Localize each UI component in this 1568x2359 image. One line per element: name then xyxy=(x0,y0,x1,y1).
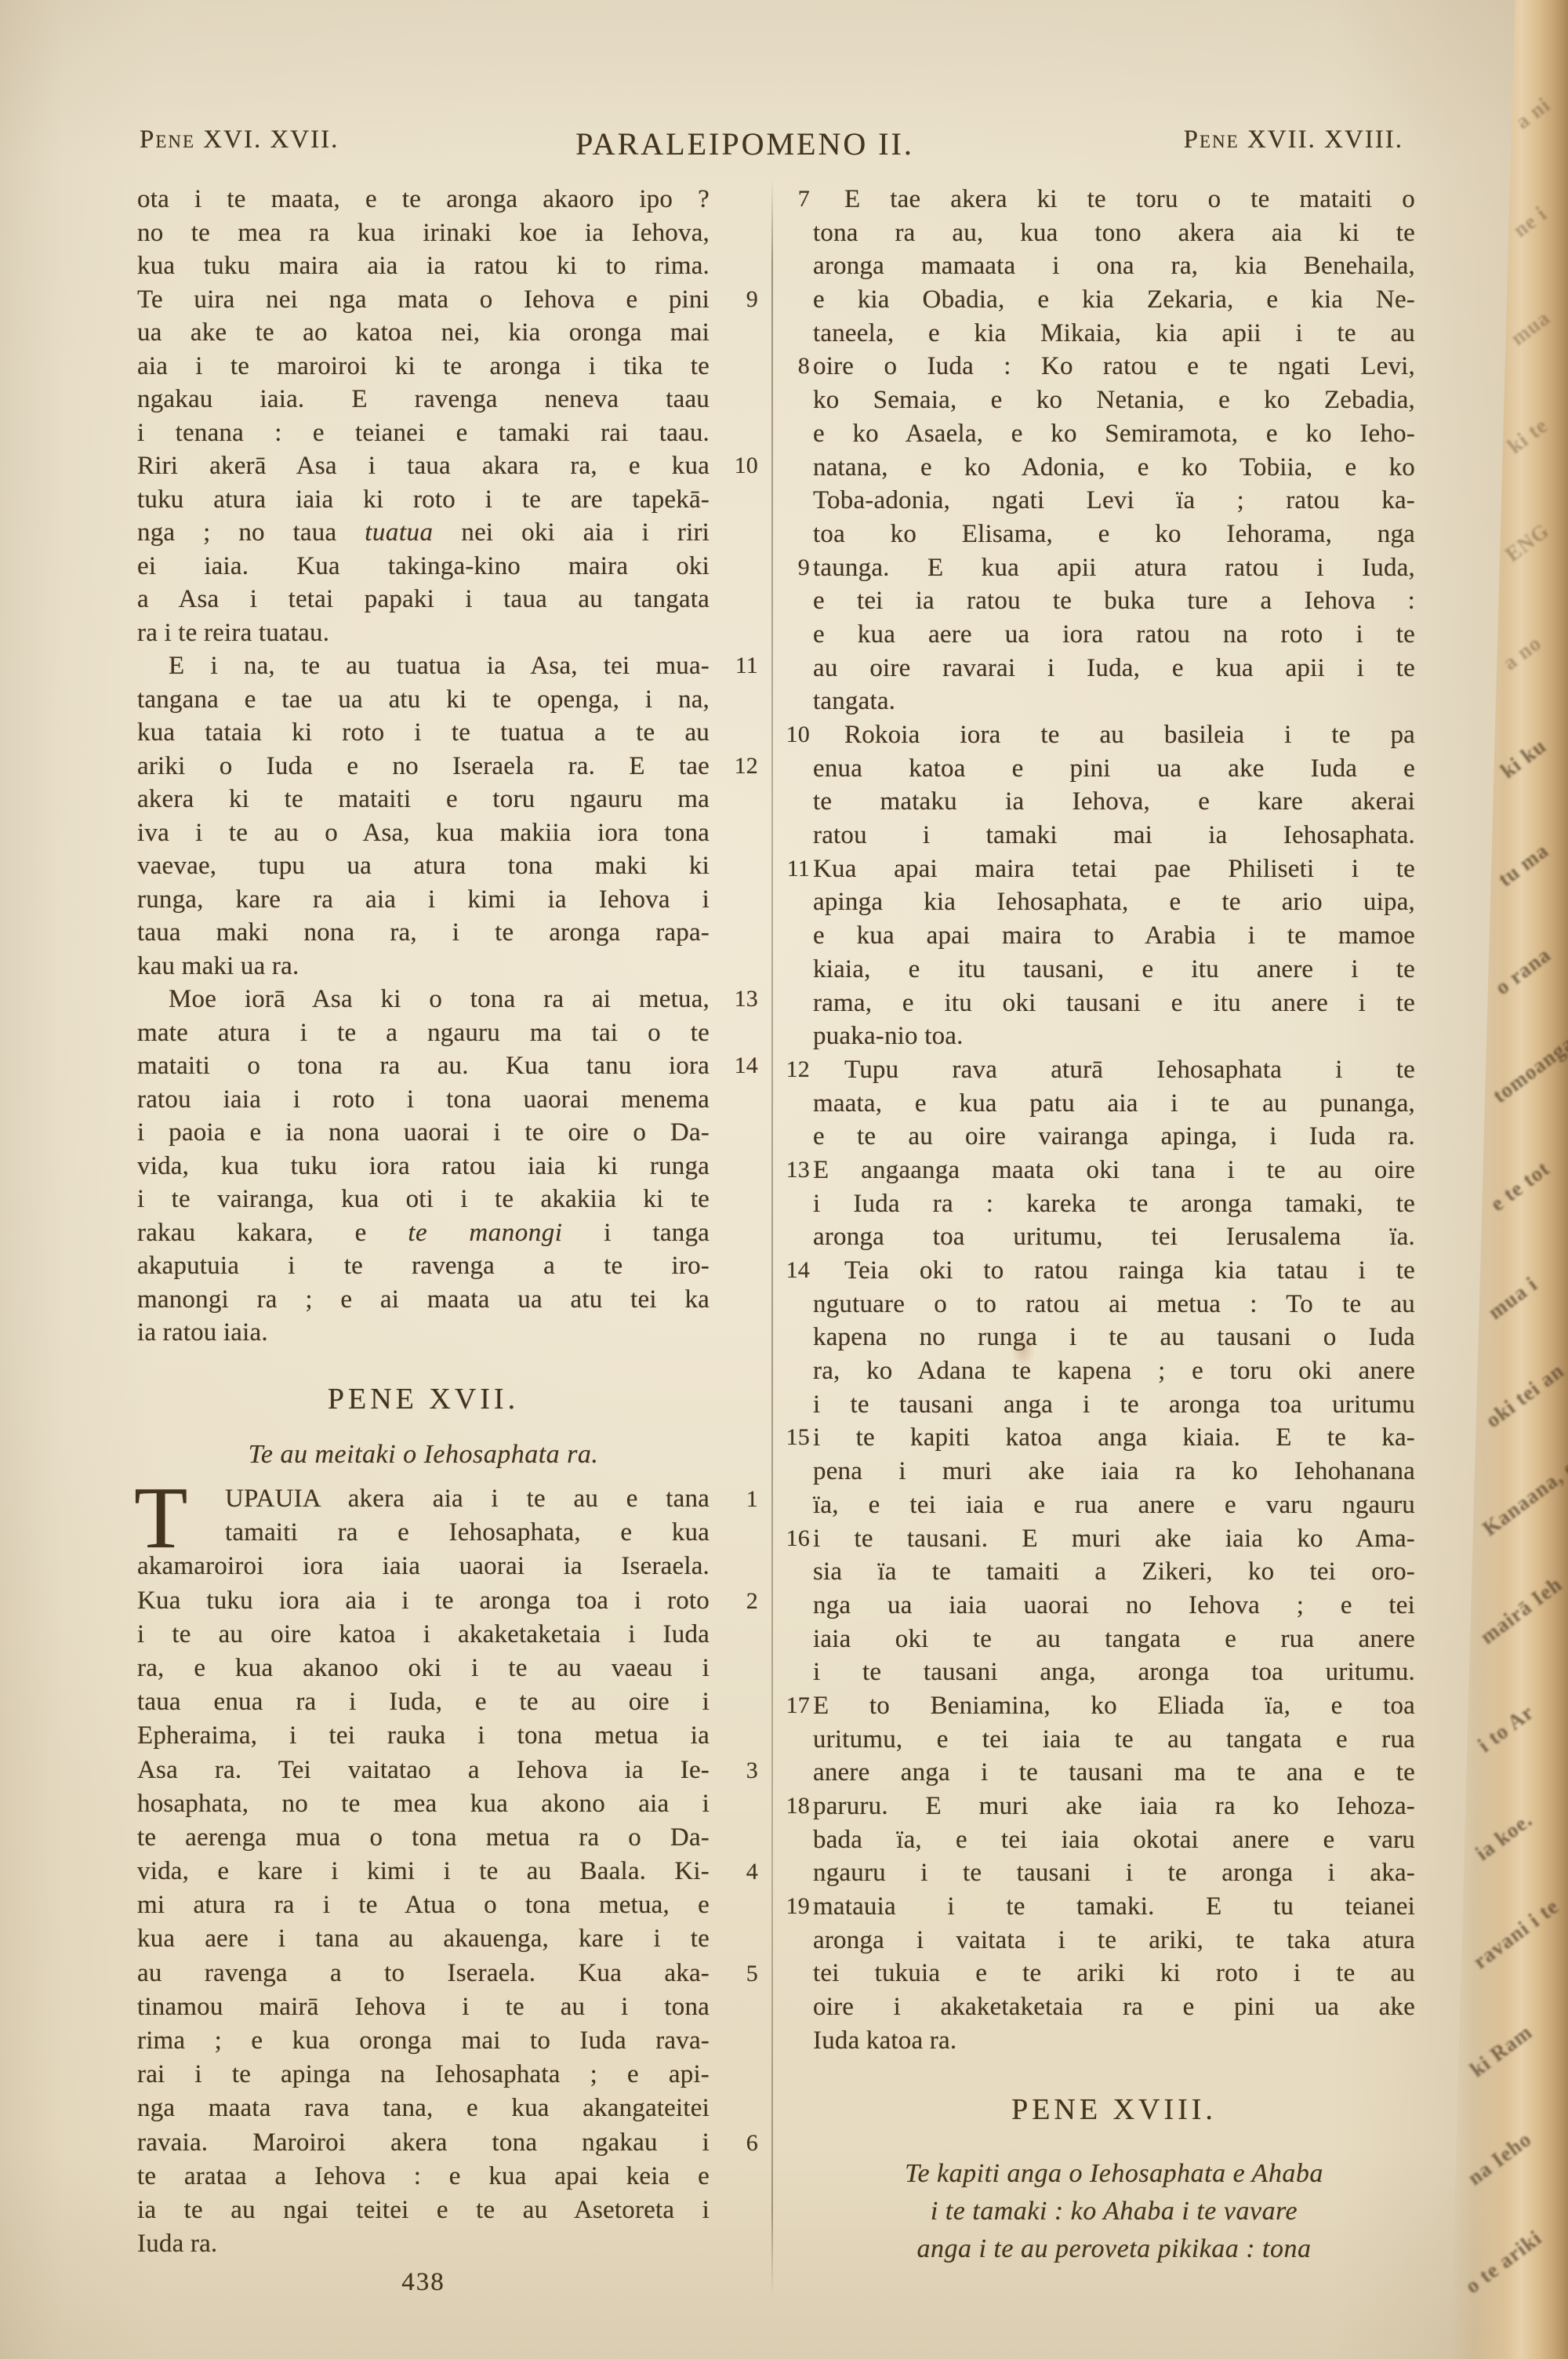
text-line-content: aronga mamaata i ona ra, kia Benehaila, xyxy=(813,249,1415,283)
verse-number: 4 xyxy=(713,1855,758,1888)
text-line-content: e tei ia ratou te buka ture a Iehova : xyxy=(813,584,1415,618)
text-line: iva i te au o Asa, kua makiia iora tona xyxy=(137,816,710,850)
text-line-content: oire o Iuda : Ko ratou e te ngati Levi, xyxy=(813,350,1415,383)
text-line-content: ngakau iaia. E ravenga neneva taau xyxy=(137,383,710,416)
text-line: kua aere i tana au akauenga, kare i te xyxy=(137,1922,710,1956)
text-line-content: tangana e tae ua atu ki te openga, i na, xyxy=(137,683,710,717)
chapter-18-heading: PENE XVIII. xyxy=(813,2092,1415,2127)
text-line: ratou i tamaki mai ia Iehosaphata. xyxy=(813,819,1415,852)
text-line: iaia oki te au tangata e rua anere xyxy=(813,1623,1415,1656)
text-line: e kua aere ua iora ratou na roto i te xyxy=(813,618,1415,652)
left-column-chapter17-text: UPAUIA akera aia i te au e tana1tamaiti … xyxy=(137,1482,710,2261)
text-line-content: e ko Asaela, e ko Semiramota, e ko Ieho- xyxy=(813,417,1415,451)
text-line-content: no te mea ra kua irinaki koe ia Iehova, xyxy=(137,216,710,250)
text-line-content: rama, e itu oki tausani e itu anere i te xyxy=(813,987,1415,1020)
text-line-content: UPAUIA akera aia i te au e tana xyxy=(137,1482,710,1516)
text-line: ra, e kua akanoo oki i te au vaeau i xyxy=(137,1652,710,1685)
verse-number: 13 xyxy=(713,983,758,1016)
book-scan-photo: { "page": { "header_left": "Pene XVI. XV… xyxy=(0,0,1568,2359)
text-line: akamaroiroi iora iaia uaorai ia Iseraela… xyxy=(137,1550,710,1583)
text-line: pena i muri ake iaia ra ko Iehohanana xyxy=(813,1455,1415,1488)
text-line: ra, ko Adana te kapena ; e toru oki aner… xyxy=(813,1354,1415,1388)
text-line: maata, e kua patu aia i te au punanga, xyxy=(813,1087,1415,1121)
verse-number: 13 xyxy=(775,1154,810,1187)
verse-number: 5 xyxy=(713,1957,758,1990)
text-line-content: Kua apai maira tetai pae Philiseti i te xyxy=(813,852,1415,886)
text-line: vida, e kare i kimi i te au Baala. Ki-4 xyxy=(137,1855,710,1888)
text-line: taunga. E kua apii atura ratou i Iuda,9 xyxy=(813,551,1415,585)
text-line: matauia i te tamaki. E tu teianei19 xyxy=(813,1890,1415,1924)
text-line: e te au oire vairanga apinga, i Iuda ra. xyxy=(813,1120,1415,1154)
text-line: au oire ravarai i Iuda, e kua apii i te xyxy=(813,652,1415,685)
verse-number: 9 xyxy=(775,551,810,585)
text-line: Riri akerā Asa i taua akara ra, e kua10 xyxy=(137,449,710,483)
text-line-content: akamaroiroi iora iaia uaorai ia Iseraela… xyxy=(137,1550,710,1583)
text-line-content: tinamou mairā Iehova i te au i tona xyxy=(137,1990,710,2024)
text-line: Epheraima, i tei rauka i tona metua ia xyxy=(137,1719,710,1753)
verse-number: 3 xyxy=(713,1754,758,1787)
text-line: nga maata rava tana, e kua akangateitei xyxy=(137,2092,710,2125)
text-line-content: E tae akera ki te toru o te mataiti o xyxy=(813,183,1415,216)
text-line: tangata. xyxy=(813,685,1415,718)
text-line-content: oire i akaketaketaia ra e pini ua ake xyxy=(813,1990,1415,2024)
text-line: mate atura i te a ngauru ma tai o te xyxy=(137,1016,710,1050)
text-line: Teia oki to ratou rainga kia tatau i te1… xyxy=(813,1254,1415,1288)
text-line-content: ratou iaia i roto i tona uaorai menema xyxy=(137,1083,710,1117)
text-line-content: taunga. E kua apii atura ratou i Iuda, xyxy=(813,551,1415,585)
text-line: tamaiti ra e Iehosaphata, e kua xyxy=(137,1516,710,1550)
text-line-content: e kia Obadia, e kia Zekaria, e kia Ne- xyxy=(813,283,1415,317)
text-line-content: i te vairanga, kua oti i te akakiia ki t… xyxy=(137,1183,710,1216)
drop-cap-letter: T xyxy=(134,1484,187,1553)
text-line: Moe iorā Asa ki o tona ra ai metua,13 xyxy=(137,983,710,1016)
text-line-content: au oire ravarai i Iuda, e kua apii i te xyxy=(813,652,1415,685)
verse-number: 19 xyxy=(775,1890,810,1924)
text-line-content: ravaia. Maroiroi akera tona ngakau i xyxy=(137,2126,710,2160)
text-line-content: akera ki te mataiti e toru ngauru ma xyxy=(137,783,710,816)
text-line: rakau kakara, e te manongi i tanga xyxy=(137,1216,710,1250)
text-line-content: Moe iorā Asa ki o tona ra ai metua, xyxy=(137,983,710,1016)
text-line-content: vaevae, tupu ua atura tona maki ki xyxy=(137,849,710,883)
text-line-content: enua katoa e pini ua ake Iuda e xyxy=(813,752,1415,786)
text-line-content: matauia i te tamaki. E tu teianei xyxy=(813,1890,1415,1924)
chapter-18-subtitle: Te kapiti anga o Iehosaphata e Ahabai te… xyxy=(813,2155,1415,2268)
text-line: Te uira nei nga mata o Iehova e pini9 xyxy=(137,283,710,317)
text-line: e kia Obadia, e kia Zekaria, e kia Ne- xyxy=(813,283,1415,317)
text-line: tangana e tae ua atu ki te openga, i na, xyxy=(137,683,710,717)
text-line-content: a Asa i tetai papaki i taua au tangata xyxy=(137,583,710,616)
verse-number: 7 xyxy=(775,183,810,216)
text-line: ota i te maata, e te aronga akaoro ipo ? xyxy=(137,183,710,216)
text-line-content: Tupu rava aturā Iehosaphata i te xyxy=(813,1053,1415,1087)
text-line-content: mataiti o tona ra au. Kua tanu iora xyxy=(137,1049,710,1083)
text-line-content: manongi ra ; e ai maata ua atu tei ka xyxy=(137,1283,710,1317)
verse-number: 12 xyxy=(775,1053,810,1087)
text-line-content: iaia oki te au tangata e rua anere xyxy=(813,1623,1415,1656)
text-line-content: nga ; no taua tuatua nei oki aia i riri xyxy=(137,516,710,550)
text-line-content: ariki o Iuda e no Iseraela ra. E tae xyxy=(137,750,710,783)
text-line: ua ake te ao katoa nei, kia oronga mai xyxy=(137,316,710,350)
text-line-content: ia ratou iaia. xyxy=(137,1316,710,1350)
text-line-content: vida, e kare i kimi i te au Baala. Ki- xyxy=(137,1855,710,1888)
text-line: hosaphata, no te mea kua akono aia i xyxy=(137,1787,710,1821)
text-line-content: bada ïa, e tei iaia okotai anere e varu xyxy=(813,1823,1415,1857)
text-line: aronga i vaitata i te ariki, te taka atu… xyxy=(813,1924,1415,1957)
text-line-content: uritumu, e tei iaia te au tangata e rua xyxy=(813,1723,1415,1757)
text-line: i paoia e ia nona uaorai i te oire o Da- xyxy=(137,1116,710,1150)
verse-number: 14 xyxy=(713,1049,758,1083)
text-line: oire o Iuda : Ko ratou e te ngati Levi,8 xyxy=(813,350,1415,383)
chapter-17-subtitle: Te au meitaki o Iehosaphata ra. xyxy=(137,1440,710,1470)
text-line: paruru. E muri ake iaia ra ko Iehoza-18 xyxy=(813,1790,1415,1823)
text-line: au ravenga a to Iseraela. Kua aka-5 xyxy=(137,1957,710,1990)
text-line: taua enua ra i Iuda, e te au oire i xyxy=(137,1685,710,1719)
text-line: ravaia. Maroiroi akera tona ngakau i6 xyxy=(137,2126,710,2160)
verse-number: 11 xyxy=(713,649,758,683)
right-column-text: E tae akera ki te toru o te mataiti o7to… xyxy=(813,183,1415,2058)
text-line: kua tataia ki roto i te tuatua a te au xyxy=(137,716,710,750)
verse-number: 15 xyxy=(775,1421,810,1455)
text-line-content: pena i muri ake iaia ra ko Iehohanana xyxy=(813,1455,1415,1488)
text-line-content: nga maata rava tana, e kua akangateitei xyxy=(137,2092,710,2125)
text-line-content: Kua tuku iora aia i te aronga toa i roto xyxy=(137,1584,710,1618)
text-line: Iuda katoa ra. xyxy=(813,2024,1415,2058)
text-line: enua katoa e pini ua ake Iuda e xyxy=(813,752,1415,786)
text-line-content: ko Semaia, e ko Netania, e ko Zebadia, xyxy=(813,383,1415,417)
text-line-content: te mataku ia Iehova, e kare akerai xyxy=(813,785,1415,819)
text-line-content: i te tausani anga, aronga toa uritumu. xyxy=(813,1656,1415,1689)
text-line: E i na, te au tuatua ia Asa, tei mua-11 xyxy=(137,649,710,683)
text-line: taneela, e kia Mikaia, kia apii i te au xyxy=(813,317,1415,351)
text-line: mataiti o tona ra au. Kua tanu iora14 xyxy=(137,1049,710,1083)
text-line: ei iaia. Kua takinga-kino maira oki xyxy=(137,550,710,583)
text-line: Toba-adonia, ngati Levi ïa ; ratou ka- xyxy=(813,484,1415,518)
column-divider-rule xyxy=(771,179,773,2296)
text-line: bada ïa, e tei iaia okotai anere e varu xyxy=(813,1823,1415,1857)
text-line-content: i te kapiti katoa anga kiaia. E te ka- xyxy=(813,1421,1415,1455)
verse-number: 18 xyxy=(775,1790,810,1823)
text-line-content: tei tukuia e te ariki ki roto i te au xyxy=(813,1957,1415,1990)
text-line-content: akaputuia i te ravenga a te iro- xyxy=(137,1249,710,1283)
text-line-content: anere anga i te tausani ma te ana e te xyxy=(813,1756,1415,1790)
chapter-18-subtitle-line: Te kapiti anga o Iehosaphata e Ahaba xyxy=(813,2155,1415,2193)
text-line: vida, kua tuku iora ratou iaia ki runga xyxy=(137,1150,710,1183)
text-line-content: ngutuare o to ratou ai metua : To te au xyxy=(813,1288,1415,1321)
text-line: Kua apai maira tetai pae Philiseti i te1… xyxy=(813,852,1415,886)
running-head-right: Pene XVII. XVIII. xyxy=(1043,125,1403,166)
text-line: ia ratou iaia. xyxy=(137,1316,710,1350)
text-line: i te tausani anga i te aronga toa uritum… xyxy=(813,1388,1415,1422)
text-line-content: e kua apai maira to Arabia i te mamoe xyxy=(813,919,1415,953)
text-line-content: kiaia, e itu tausani, e itu anere i te xyxy=(813,953,1415,987)
text-line-content: te aerenga mua o tona metua ra o Da- xyxy=(137,1821,710,1855)
text-line: E to Beniamina, ko Eliada ïa, e toa17 xyxy=(813,1689,1415,1723)
text-line-content: e te au oire vairanga apinga, i Iuda ra. xyxy=(813,1120,1415,1154)
text-line-content: Riri akerā Asa i taua akara ra, e kua xyxy=(137,449,710,483)
text-line-content: Asa ra. Tei vaitatao a Iehova ia Ie- xyxy=(137,1754,710,1787)
text-line: vaevae, tupu ua atura tona maki ki xyxy=(137,849,710,883)
text-line-content: tuku atura iaia ki roto i te are tapekā- xyxy=(137,483,710,517)
text-line: anere anga i te tausani ma te ana e te xyxy=(813,1756,1415,1790)
text-line: kua tuku maira aia ia ratou ki to rima. xyxy=(137,249,710,283)
text-line-content: ia te au ngai teitei e te au Asetoreta i xyxy=(137,2194,710,2227)
text-line-content: Iuda ra. xyxy=(137,2227,710,2261)
text-line-content: tangata. xyxy=(813,685,1415,718)
text-line-content: mi atura ra i te Atua o tona metua, e xyxy=(137,1888,710,1922)
text-line: nga ua iaia uaorai no Iehova ; e tei xyxy=(813,1589,1415,1623)
text-line: ariki o Iuda e no Iseraela ra. E tae12 xyxy=(137,750,710,783)
text-line: e tei ia ratou te buka ture a Iehova : xyxy=(813,584,1415,618)
text-line: kau maki ua ra. xyxy=(137,950,710,983)
text-line: E tae akera ki te toru o te mataiti o7 xyxy=(813,183,1415,216)
text-line-content: rima ; e kua oronga mai to Iuda rava- xyxy=(137,2024,710,2058)
text-line: mi atura ra i te Atua o tona metua, e xyxy=(137,1888,710,1922)
text-line-content: kau maki ua ra. xyxy=(137,950,710,983)
text-line: kapena no runga i te au tausani o Iuda xyxy=(813,1321,1415,1354)
text-line: i te kapiti katoa anga kiaia. E te ka-15 xyxy=(813,1421,1415,1455)
text-line: i te au oire katoa i akaketaketaia i Iud… xyxy=(137,1618,710,1652)
text-line: aronga toa uritumu, tei Ierusalema ïa. xyxy=(813,1220,1415,1254)
text-line-content: ra, e kua akanoo oki i te au vaeau i xyxy=(137,1652,710,1685)
text-line: Tupu rava aturā Iehosaphata i te12 xyxy=(813,1053,1415,1087)
text-line-content: paruru. E muri ake iaia ra ko Iehoza- xyxy=(813,1790,1415,1823)
text-line-content: i te au oire katoa i akaketaketaia i Iud… xyxy=(137,1618,710,1652)
text-line: i te tausani anga, aronga toa uritumu. xyxy=(813,1656,1415,1689)
text-line: i tenana : e teianei e tamaki rai taau. xyxy=(137,416,710,450)
text-line-content: kua tataia ki roto i te tuatua a te au xyxy=(137,716,710,750)
text-line: UPAUIA akera aia i te au e tana1 xyxy=(137,1482,710,1516)
text-line-content: aronga i vaitata i te ariki, te taka atu… xyxy=(813,1924,1415,1957)
text-line: rama, e itu oki tausani e itu anere i te xyxy=(813,987,1415,1020)
text-line: te aerenga mua o tona metua ra o Da- xyxy=(137,1821,710,1855)
text-line-content: ua ake te ao katoa nei, kia oronga mai xyxy=(137,316,710,350)
text-line: ratou iaia i roto i tona uaorai menema xyxy=(137,1083,710,1117)
text-line-content: i te tausani anga i te aronga toa uritum… xyxy=(813,1388,1415,1422)
text-line-content: ïa, e tei iaia e rua anere e varu ngauru xyxy=(813,1488,1415,1522)
verse-number: 16 xyxy=(775,1522,810,1556)
text-line-content: mate atura i te a ngauru ma tai o te xyxy=(137,1016,710,1050)
verse-number: 10 xyxy=(775,718,810,752)
verse-number: 9 xyxy=(713,283,758,317)
text-line-content: taneela, e kia Mikaia, kia apii i te au xyxy=(813,317,1415,351)
text-line-content: E i na, te au tuatua ia Asa, tei mua- xyxy=(137,649,710,683)
text-line: runga, kare ra aia i kimi ia Iehova i xyxy=(137,883,710,917)
text-line: Rokoia iora te au basileia i te pa10 xyxy=(813,718,1415,752)
text-line: Iuda ra. xyxy=(137,2227,710,2261)
text-line-content: ra, ko Adana te kapena ; e toru oki aner… xyxy=(813,1354,1415,1388)
text-line-content: hosaphata, no te mea kua akono aia i xyxy=(137,1787,710,1821)
text-line-content: natana, e ko Adonia, e ko Tobiia, e ko xyxy=(813,451,1415,485)
text-line: taua maki nona ra, i te aronga rapa- xyxy=(137,916,710,950)
verse-number: 2 xyxy=(713,1584,758,1618)
text-line: ngakau iaia. E ravenga neneva taau xyxy=(137,383,710,416)
chapter-18-subtitle-line: i te tamaki : ko Ahaba i te vavare xyxy=(813,2193,1415,2230)
text-line: te mataku ia Iehova, e kare akerai xyxy=(813,785,1415,819)
text-line: akera ki te mataiti e toru ngauru ma xyxy=(137,783,710,816)
text-line: ngutuare o to ratou ai metua : To te au xyxy=(813,1288,1415,1321)
text-line: uritumu, e tei iaia te au tangata e rua xyxy=(813,1723,1415,1757)
text-line-content: vida, kua tuku iora ratou iaia ki runga xyxy=(137,1150,710,1183)
text-line-content: Te uira nei nga mata o Iehova e pini xyxy=(137,283,710,317)
text-line: tona ra au, kua tono akera aia ki te xyxy=(813,216,1415,250)
text-line-content: rakau kakara, e te manongi i tanga xyxy=(137,1216,710,1250)
chapter-18-subtitle-line: anga i te au peroveta pikikaa : tona xyxy=(813,2230,1415,2268)
text-line: ngauru i te tausani i te aronga i aka- xyxy=(813,1856,1415,1890)
text-line-content: au ravenga a to Iseraela. Kua aka- xyxy=(137,1957,710,1990)
text-line-content: tamaiti ra e Iehosaphata, e kua xyxy=(137,1516,710,1550)
text-line-content: rai i te apinga na Iehosaphata ; e api- xyxy=(137,2058,710,2092)
text-line-content: Teia oki to ratou rainga kia tatau i te xyxy=(813,1254,1415,1288)
text-line-content: nga ua iaia uaorai no Iehova ; e tei xyxy=(813,1589,1415,1623)
text-line: manongi ra ; e ai maata ua atu tei ka xyxy=(137,1283,710,1317)
text-line-content: kua tuku maira aia ia ratou ki to rima. xyxy=(137,249,710,283)
text-line: sia ïa te tamaiti a Zikeri, ko tei oro- xyxy=(813,1555,1415,1589)
text-line: tinamou mairā Iehova i te au i tona xyxy=(137,1990,710,2024)
text-line: tuku atura iaia ki roto i te are tapekā- xyxy=(137,483,710,517)
text-line: te arataa a Iehova : e kua apai keia e xyxy=(137,2160,710,2194)
text-line: aia i te maroiroi ki te aronga i tika te xyxy=(137,350,710,383)
text-line: puaka-nio toa. xyxy=(813,1020,1415,1053)
verse-number: 17 xyxy=(775,1689,810,1723)
text-line: ia te au ngai teitei e te au Asetoreta i xyxy=(137,2194,710,2227)
text-line-content: kua aere i tana au akauenga, kare i te xyxy=(137,1922,710,1956)
text-line-content: kapena no runga i te au tausani o Iuda xyxy=(813,1321,1415,1354)
text-line: a Asa i tetai papaki i taua au tangata xyxy=(137,583,710,616)
text-line-content: Epheraima, i tei rauka i tona metua ia xyxy=(137,1719,710,1753)
text-line: rima ; e kua oronga mai to Iuda rava- xyxy=(137,2024,710,2058)
text-line-content: i Iuda ra : kareka te aronga tamaki, te xyxy=(813,1187,1415,1221)
text-line: natana, e ko Adonia, e ko Tobiia, e ko xyxy=(813,451,1415,485)
running-head-left: Pene XVI. XVII. xyxy=(140,125,547,166)
text-line-content: E to Beniamina, ko Eliada ïa, e toa xyxy=(813,1689,1415,1723)
verse-number: 8 xyxy=(775,350,810,383)
verse-number: 11 xyxy=(775,852,810,886)
text-line: ïa, e tei iaia e rua anere e varu ngauru xyxy=(813,1488,1415,1522)
text-line-content: i tenana : e teianei e tamaki rai taau. xyxy=(137,416,710,450)
text-line: Asa ra. Tei vaitatao a Iehova ia Ie-3 xyxy=(137,1754,710,1787)
text-line-content: Rokoia iora te au basileia i te pa xyxy=(813,718,1415,752)
text-line: apinga kia Iehosaphata, e te ario uipa, xyxy=(813,885,1415,919)
text-line-content: aronga toa uritumu, tei Ierusalema ïa. xyxy=(813,1220,1415,1254)
text-line: no te mea ra kua irinaki koe ia Iehova, xyxy=(137,216,710,250)
text-line-content: toa ko Elisama, e ko Iehorama, nga xyxy=(813,518,1415,551)
text-line-content: e kua aere ua iora ratou na roto i te xyxy=(813,618,1415,652)
text-line-content: maata, e kua patu aia i te au punanga, xyxy=(813,1087,1415,1121)
verse-number: 14 xyxy=(775,1254,810,1288)
text-line: oire i akaketaketaia ra e pini ua ake xyxy=(813,1990,1415,2024)
text-line-content: tona ra au, kua tono akera aia ki te xyxy=(813,216,1415,250)
text-line: e kua apai maira to Arabia i te mamoe xyxy=(813,919,1415,953)
text-line-content: taua enua ra i Iuda, e te au oire i xyxy=(137,1685,710,1719)
text-line: kiaia, e itu tausani, e itu anere i te xyxy=(813,953,1415,987)
text-line-content: ei iaia. Kua takinga-kino maira oki xyxy=(137,550,710,583)
verse-number: 12 xyxy=(713,750,758,783)
text-line: rai i te apinga na Iehosaphata ; e api- xyxy=(137,2058,710,2092)
text-line: ko Semaia, e ko Netania, e ko Zebadia, xyxy=(813,383,1415,417)
text-line: aronga mamaata i ona ra, kia Benehaila, xyxy=(813,249,1415,283)
text-line-content: taua maki nona ra, i te aronga rapa- xyxy=(137,916,710,950)
text-line-content: i paoia e ia nona uaorai i te oire o Da- xyxy=(137,1116,710,1150)
text-line: i Iuda ra : kareka te aronga tamaki, te xyxy=(813,1187,1415,1221)
text-line-content: aia i te maroiroi ki te aronga i tika te xyxy=(137,350,710,383)
text-line-content: ra i te reira tuatau. xyxy=(137,616,710,650)
text-line-content: sia ïa te tamaiti a Zikeri, ko tei oro- xyxy=(813,1555,1415,1589)
text-line: tei tukuia e te ariki ki roto i te au xyxy=(813,1957,1415,1990)
text-line-content: apinga kia Iehosaphata, e te ario uipa, xyxy=(813,885,1415,919)
page-number: 438 xyxy=(137,2268,710,2297)
text-line-content: ratou i tamaki mai ia Iehosaphata. xyxy=(813,819,1415,852)
text-line: Kua tuku iora aia i te aronga toa i roto… xyxy=(137,1584,710,1618)
text-line-content: Iuda katoa ra. xyxy=(813,2024,1415,2058)
verse-number: 10 xyxy=(713,449,758,483)
text-line: E angaanga maata oki tana i te au oire13 xyxy=(813,1154,1415,1187)
verse-number: 6 xyxy=(713,2126,758,2160)
text-line-content: puaka-nio toa. xyxy=(813,1020,1415,1053)
text-line-content: E angaanga maata oki tana i te au oire xyxy=(813,1154,1415,1187)
text-line-content: i te tausani. E muri ake iaia ko Ama- xyxy=(813,1522,1415,1556)
text-line-content: iva i te au o Asa, kua makiia iora tona xyxy=(137,816,710,850)
text-line-content: ngauru i te tausani i te aronga i aka- xyxy=(813,1856,1415,1890)
text-line: toa ko Elisama, e ko Iehorama, nga xyxy=(813,518,1415,551)
text-line-content: runga, kare ra aia i kimi ia Iehova i xyxy=(137,883,710,917)
book-title-running-head: PARALEIPOMENO II. xyxy=(541,125,949,166)
chapter-17-heading: PENE XVII. xyxy=(137,1382,710,1416)
text-line: nga ; no taua tuatua nei oki aia i riri xyxy=(137,516,710,550)
text-line: ra i te reira tuatau. xyxy=(137,616,710,650)
text-line-content: te arataa a Iehova : e kua apai keia e xyxy=(137,2160,710,2194)
text-line: i te vairanga, kua oti i te akakiia ki t… xyxy=(137,1183,710,1216)
text-line: akaputuia i te ravenga a te iro- xyxy=(137,1249,710,1283)
text-line-content: Toba-adonia, ngati Levi ïa ; ratou ka- xyxy=(813,484,1415,518)
verse-number: 1 xyxy=(713,1482,758,1516)
left-column-text: ota i te maata, e te aronga akaoro ipo ?… xyxy=(137,183,710,1350)
text-line: i te tausani. E muri ake iaia ko Ama-16 xyxy=(813,1522,1415,1556)
text-line-content: ota i te maata, e te aronga akaoro ipo ? xyxy=(137,183,710,216)
text-line: e ko Asaela, e ko Semiramota, e ko Ieho- xyxy=(813,417,1415,451)
